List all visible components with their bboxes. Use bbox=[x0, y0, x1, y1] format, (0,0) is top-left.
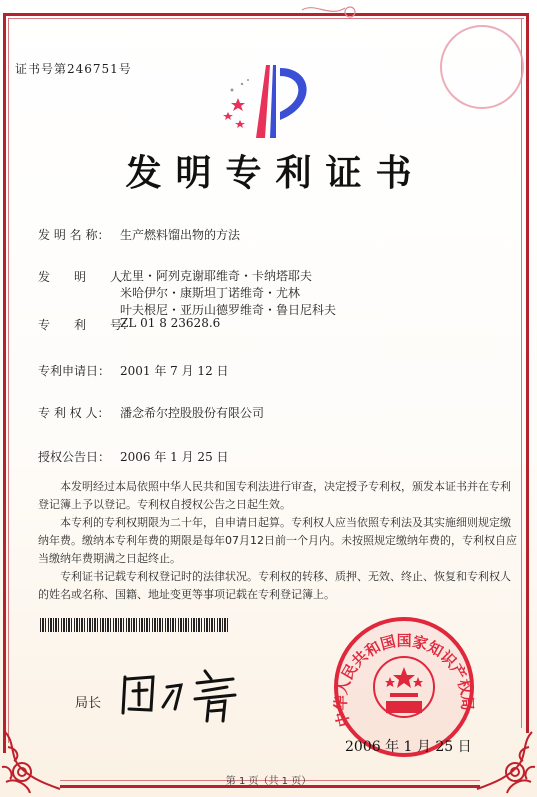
invention-name-value: 生产燃料馏出物的方法 bbox=[120, 226, 240, 243]
inventors-value: 尤里・阿列克谢耶维奇・卡纳塔耶夫 米哈伊尔・康斯坦丁诺维奇・尤林 叶夫根尼・亚历… bbox=[120, 268, 336, 319]
border-right bbox=[526, 13, 529, 733]
floral-ornament-icon bbox=[300, 0, 360, 20]
patentee-label: 专 利 权 人： bbox=[38, 404, 120, 421]
inventors-field: 发 明 人： 尤里・阿列克谢耶维奇・卡纳塔耶夫 米哈伊尔・康斯坦丁诺维奇・尤林 … bbox=[38, 268, 336, 319]
border-left bbox=[3, 13, 6, 753]
announcement-date-label: 授权公告日： bbox=[38, 448, 120, 465]
border-top bbox=[4, 13, 528, 16]
application-date-value: 2001 年 7 月 12 日 bbox=[120, 362, 229, 379]
director-label: 局长 bbox=[75, 692, 101, 711]
certificate-page: 证书号第246751号 发明专利证书 发 明 名 称： 生产燃料馏出物的方法 发… bbox=[0, 0, 537, 797]
page-indicator: 第 1 页（共 1 页） bbox=[0, 772, 537, 787]
certificate-number: 证书号第246751号 bbox=[15, 60, 132, 77]
patentee-field: 专 利 权 人： 潘念希尔控股股份有限公司 bbox=[38, 404, 264, 421]
body-paragraph: 专利证书记载专利权登记时的法律状况。专利权的转移、质押、无效、终止、恢复和专利权… bbox=[38, 568, 518, 604]
application-date-field: 专利申请日： 2001 年 7 月 12 日 bbox=[38, 362, 229, 379]
seal-date: 2006 年 1 月 25 日 bbox=[345, 736, 472, 756]
announcement-date-value: 2006 年 1 月 25 日 bbox=[120, 448, 229, 465]
inventors-label: 发 明 人： bbox=[38, 268, 120, 319]
page-title: 发明专利证书 bbox=[0, 145, 537, 196]
barcode bbox=[40, 618, 230, 632]
border-left-inner bbox=[8, 18, 9, 743]
patentee-value: 潘念希尔控股股份有限公司 bbox=[120, 404, 264, 421]
certificate-body: 本发明经过本局依照中华人民共和国专利法进行审查，决定授予专利权，颁发本证书并在专… bbox=[38, 478, 518, 604]
patent-number-field: 专 利 号： ZL 01 8 23628.6 bbox=[38, 316, 220, 333]
patent-number-value: ZL 01 8 23628.6 bbox=[120, 316, 220, 333]
application-date-label: 专利申请日： bbox=[38, 362, 120, 379]
invention-name-field: 发 明 名 称： 生产燃料馏出物的方法 bbox=[38, 226, 240, 243]
body-paragraph: 本专利的专利权期限为二十年，自申请日起算。专利权人应当依照专利法及其实施细则规定… bbox=[38, 514, 518, 568]
faint-stamp bbox=[440, 25, 524, 109]
announcement-date-field: 授权公告日： 2006 年 1 月 25 日 bbox=[38, 448, 229, 465]
border-right-inner bbox=[521, 18, 522, 728]
inventor-name: 尤里・阿列克谢耶维奇・卡纳塔耶夫 bbox=[120, 268, 336, 285]
border-top-inner bbox=[8, 18, 524, 19]
body-paragraph: 本发明经过本局依照中华人民共和国专利法进行审查，决定授予专利权，颁发本证书并在专… bbox=[38, 478, 518, 514]
invention-name-label: 发 明 名 称： bbox=[38, 226, 120, 243]
inventor-name: 米哈伊尔・康斯坦丁诺维奇・尤林 bbox=[120, 285, 336, 302]
patent-office-logo-icon bbox=[218, 50, 328, 140]
patent-number-label: 专 利 号： bbox=[38, 316, 120, 333]
director-signature-icon bbox=[115, 665, 245, 725]
